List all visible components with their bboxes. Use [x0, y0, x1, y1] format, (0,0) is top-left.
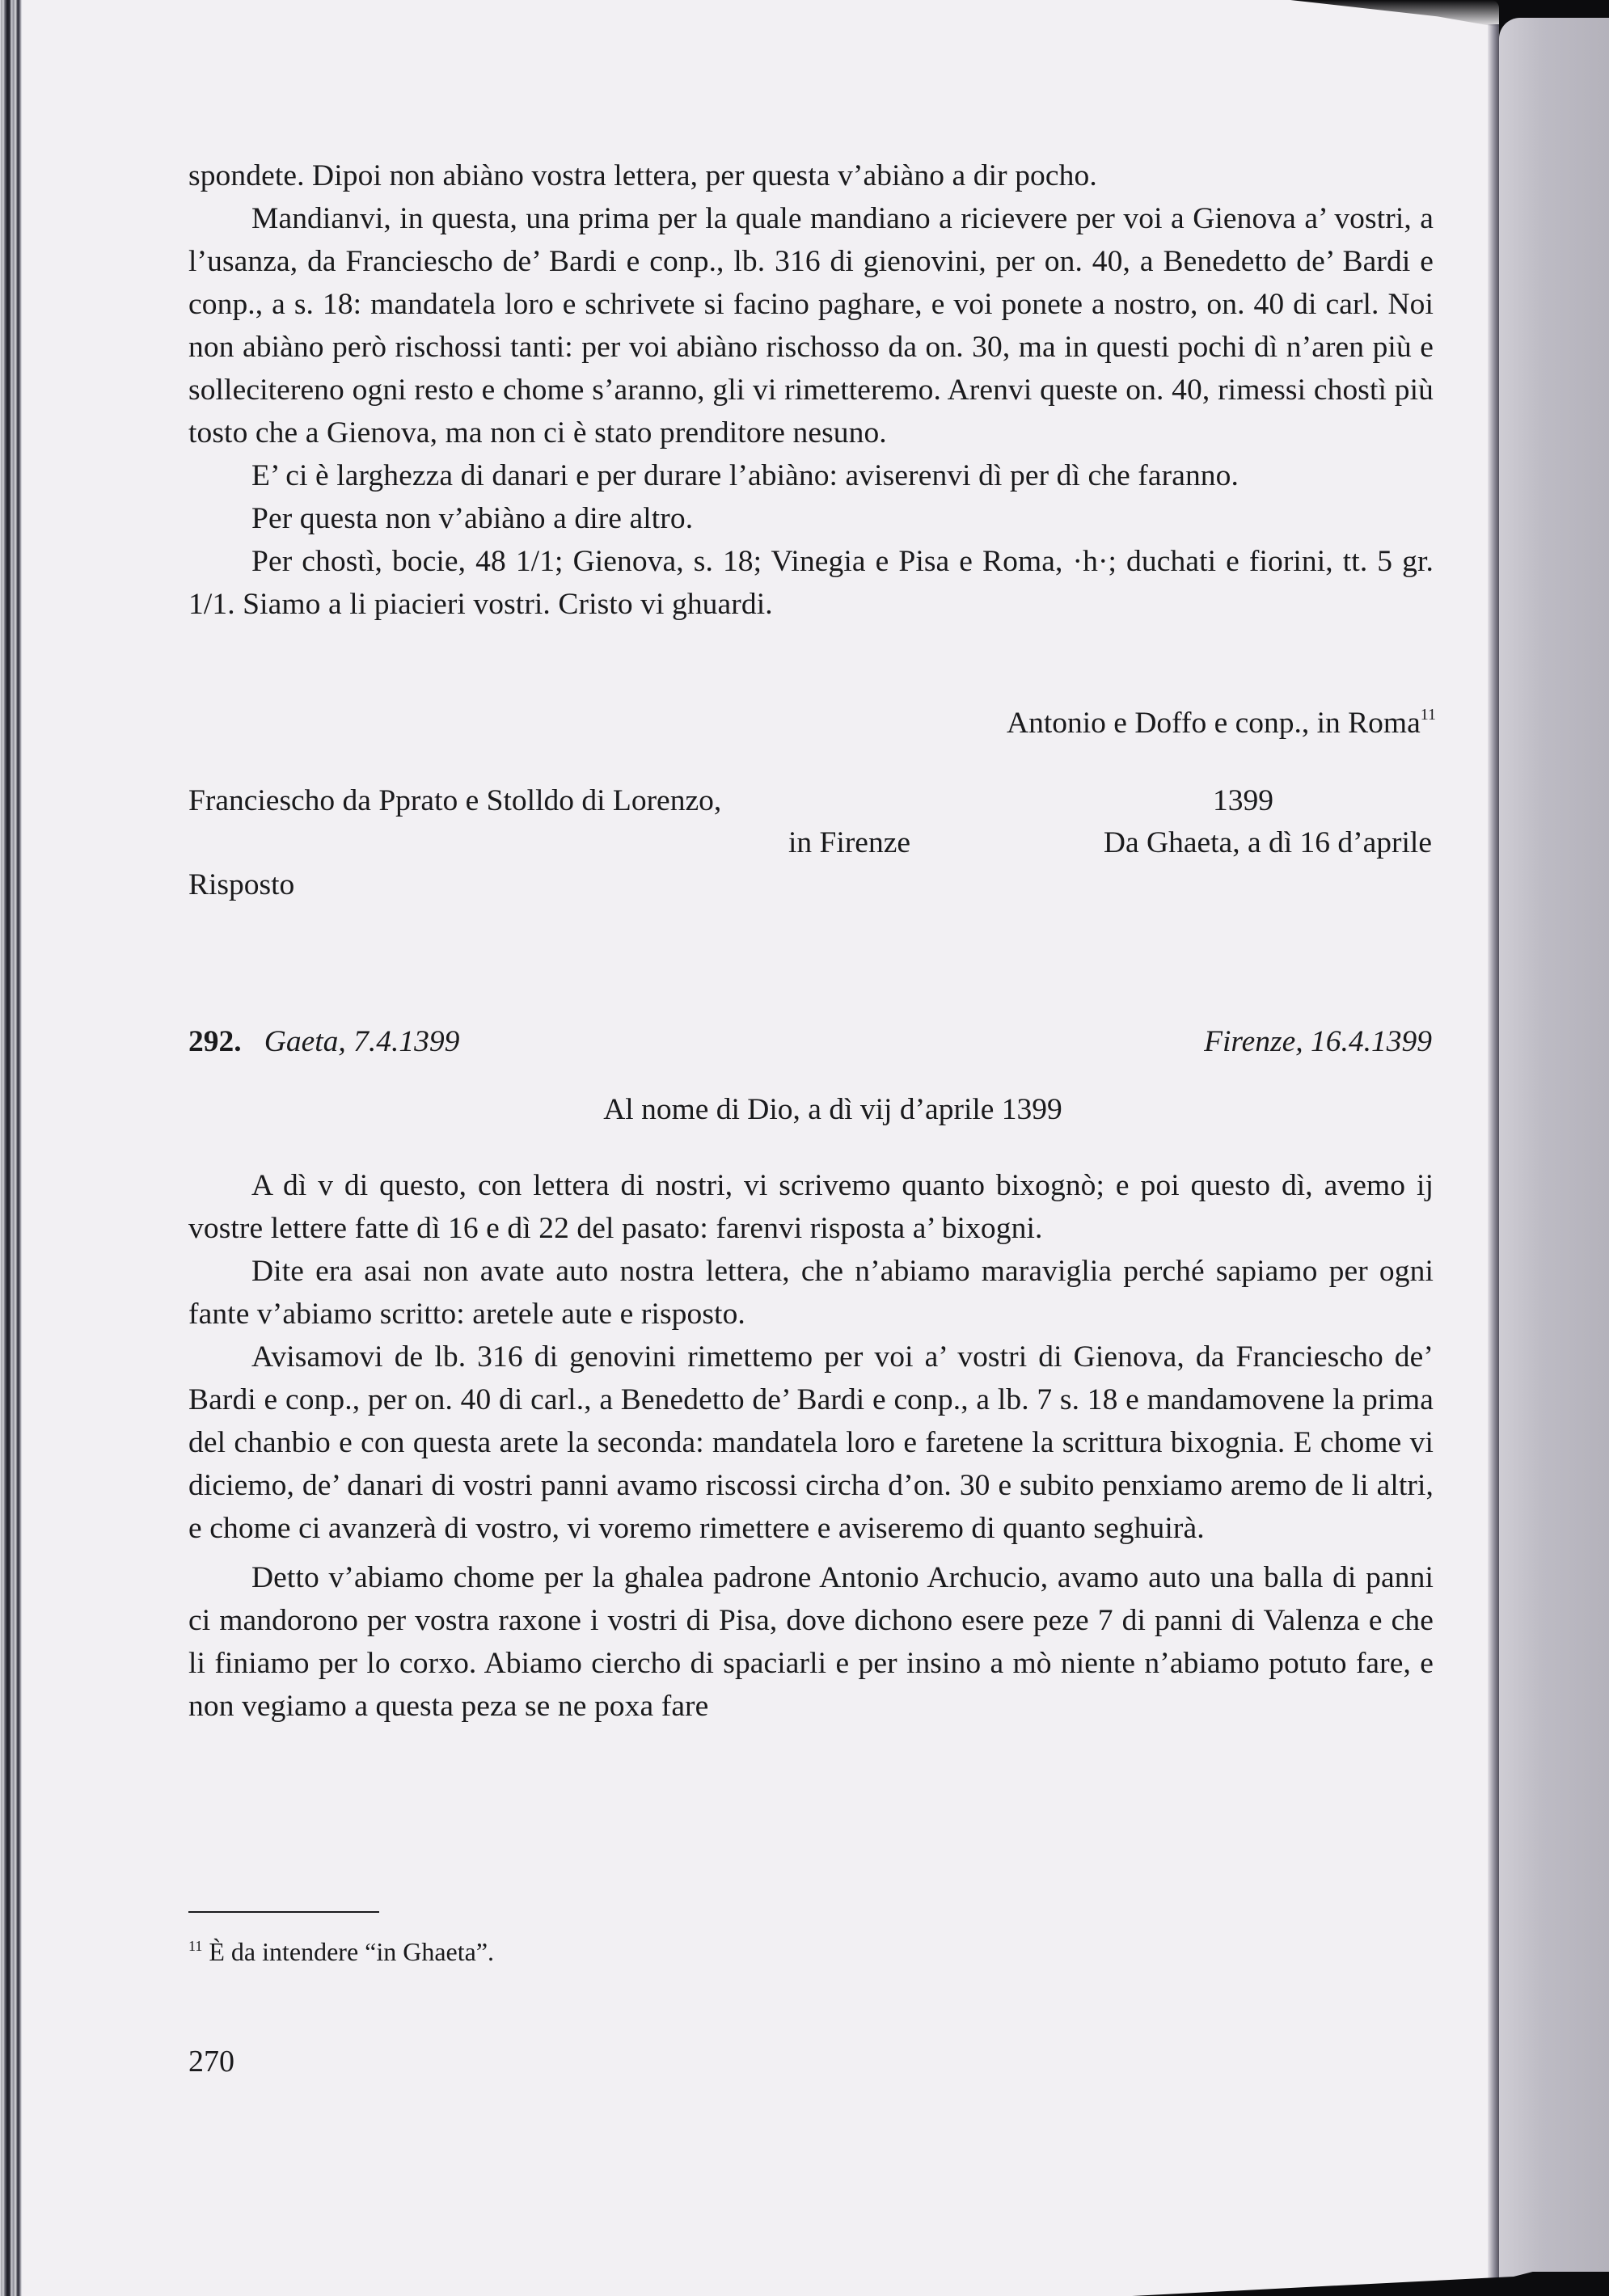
paragraph: Per questa non v’abiàno a dire altro.: [188, 497, 1434, 540]
paragraph: spondete. Dipoi non abiàno vostra letter…: [188, 154, 1434, 197]
footnote-number: 11: [188, 1938, 202, 1954]
letter-291-body: spondete. Dipoi non abiàno vostra letter…: [188, 154, 1434, 626]
invocation: Al nome di Dio, a dì vij d’aprile 1399: [0, 1088, 1609, 1131]
letter-sent-date: Gaeta, 7.4.1399: [264, 1025, 460, 1058]
address-origin: Da Ghaeta, a dì 16 d’aprile: [1104, 821, 1432, 864]
page-edge-shadow: [1488, 24, 1499, 2280]
signature-text: Antonio e Doffo e conp., in Roma: [1007, 707, 1421, 740]
next-page-edge: [1499, 18, 1609, 2281]
page-number: 270: [188, 2044, 234, 2079]
book-binding: [0, 0, 23, 2296]
response-note: Risposto: [188, 863, 294, 906]
letter-292-body: A dì v di questo, con lettera di nostri,…: [188, 1164, 1434, 1728]
paragraph: Per chostì, bocie, 48 1/1; Gienova, s. 1…: [188, 540, 1434, 626]
footnote-separator: [188, 1911, 379, 1913]
paragraph: E’ ci è larghezza di danari e per durare…: [188, 454, 1434, 497]
paragraph: Dite era asai non avate auto nostra lett…: [188, 1250, 1434, 1336]
footnote-text: È da intendere “in Ghaeta”.: [209, 1937, 494, 1966]
letter-number: 292.: [188, 1025, 242, 1058]
footnote-ref: 11: [1421, 706, 1436, 724]
footnote: 11 È da intendere “in Ghaeta”.: [188, 1937, 494, 1967]
paragraph: Mandianvi, in questa, una prima per la q…: [188, 197, 1434, 454]
paragraph: Detto v’abiamo chome per la ghalea padro…: [188, 1556, 1434, 1728]
paragraph: Avisamovi de lb. 316 di genovini rimette…: [188, 1336, 1434, 1550]
address-year: 1399: [1213, 779, 1273, 822]
address-city: in Firenze: [788, 821, 910, 864]
scanned-book-page: spondete. Dipoi non abiàno vostra letter…: [0, 0, 1609, 2296]
address-recipient: Franciescho da Pprato e Stolldo di Loren…: [188, 779, 721, 822]
paragraph: A dì v di questo, con lettera di nostri,…: [188, 1164, 1434, 1250]
signature: Antonio e Doffo e conp., in Roma11: [1007, 702, 1436, 745]
letter-header: 292. Gaeta, 7.4.1399: [188, 1020, 459, 1063]
letter-received-date: Firenze, 16.4.1399: [1204, 1020, 1432, 1063]
